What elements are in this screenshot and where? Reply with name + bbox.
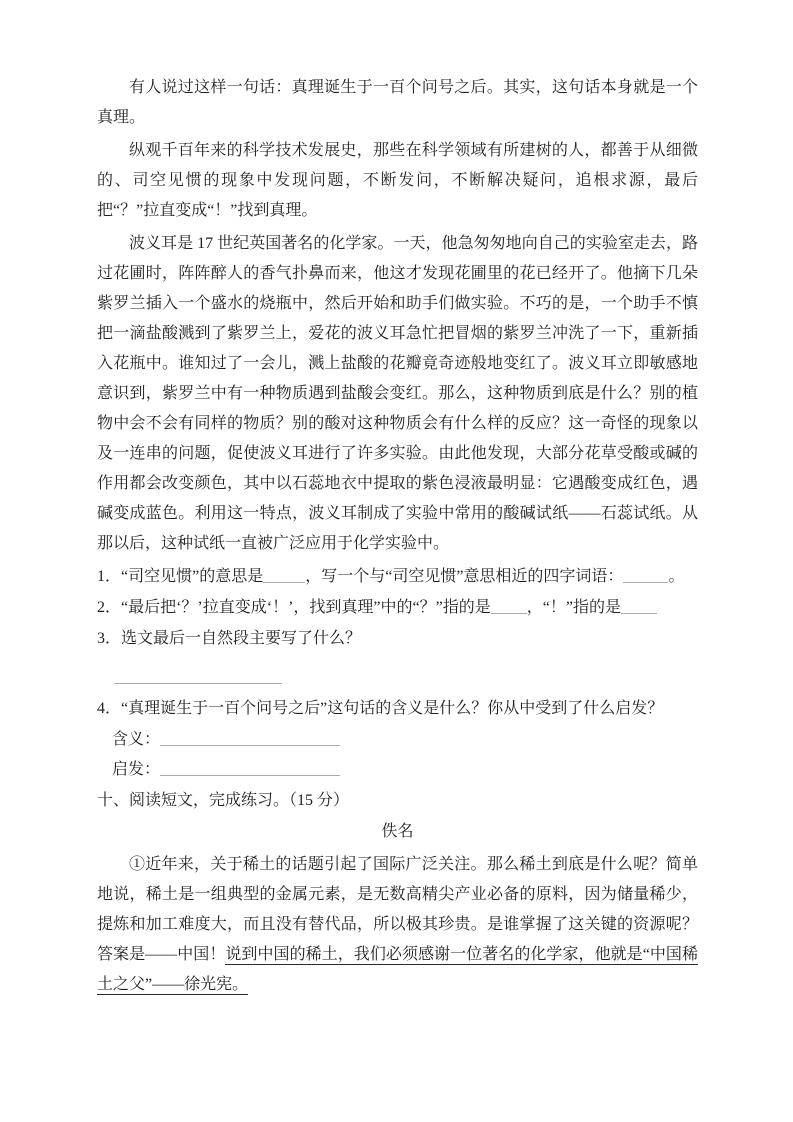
rare-earth-paragraph: ①近年来，关于稀土的话题引起了国际广泛关注。那么稀土到底是什么呢？简单地说，稀土… bbox=[97, 850, 698, 1000]
text-run: 1．“司空见惯”的意思是 bbox=[97, 568, 263, 585]
overview-paragraph: 纵观千百年来的科学技术发展史，那些在科学领域有所建树的人，都善于从细微的、司空见… bbox=[97, 136, 698, 226]
boyle-paragraph: 波义耳是 17 世纪英国著名的化学家。一天，他急匆匆地向自己的实验室走去，路过花… bbox=[97, 229, 698, 559]
text-run: 2．“最后把‘？’拉直变成‘！’，找到真理”中的“？”指的是 bbox=[97, 599, 491, 616]
answer-blank-line bbox=[491, 600, 527, 614]
text-run: 的是 bbox=[589, 599, 621, 616]
answer-blank-line bbox=[114, 670, 282, 684]
text-run: 4．“真理诞生于一百个问号之后”这句话的含义是什么？你从中受到了什么启发？ bbox=[97, 700, 663, 717]
intro-paragraph: 有人说过这样一句话：真理诞生于一百个问号之后。其实，这句话本身就是一个真理。 bbox=[97, 73, 698, 133]
text-run: 十、阅读短文，完成练习。（15 分） bbox=[97, 792, 349, 809]
answer-blank-line bbox=[160, 732, 340, 746]
text-run: 。 bbox=[668, 568, 684, 585]
document-page: 有人说过这样一句话：真理诞生于一百个问号之后。其实，这句话本身就是一个真理。纵观… bbox=[0, 0, 793, 1122]
text-run: 有人说过这样一句话：真理诞生于一百个问号之后。其实，这句话本身就是一个真理。 bbox=[97, 79, 698, 126]
text-run: 佚名 bbox=[381, 823, 413, 840]
text-run: ，写一个与“司空见惯”意思相近的四字词语： bbox=[305, 568, 623, 585]
question-4-inspiration-line: 启发： bbox=[112, 755, 698, 785]
question-4-meaning-line: 含义： bbox=[112, 725, 698, 755]
text-run: 启发： bbox=[112, 761, 160, 778]
document-content: 有人说过这样一句话：真理诞生于一百个问号之后。其实，这句话本身就是一个真理。纵观… bbox=[97, 73, 698, 1000]
answer-blank-line bbox=[623, 569, 668, 583]
question-4: 4．“真理诞生于一百个问号之后”这句话的含义是什么？你从中受到了什么启发？ bbox=[97, 694, 698, 724]
question-1: 1．“司空见惯”的意思是，写一个与“司空见惯”意思相近的四字词语：。 bbox=[97, 562, 698, 592]
answer-blank-line bbox=[160, 762, 340, 776]
author-line: 佚名 bbox=[97, 817, 698, 847]
text-run: 3．选文最后一自然段主要写了什么？ bbox=[97, 630, 361, 647]
answer-blank-line bbox=[263, 569, 305, 583]
text-run: 含义： bbox=[112, 731, 160, 748]
question-3: 3．选文最后一自然段主要写了什么？ bbox=[97, 624, 698, 654]
section-ten-heading: 十、阅读短文，完成练习。（15 分） bbox=[97, 786, 698, 816]
text-run: ，“！”指 bbox=[527, 599, 589, 616]
question-3-answer-line bbox=[114, 663, 698, 693]
question-2: 2．“最后把‘？’拉直变成‘！’，找到真理”中的“？”指的是，“！”指的是 bbox=[97, 593, 698, 623]
text-run: 波义耳是 17 世纪英国著名的化学家。一天，他急匆匆地向自己的实验室走去，路过花… bbox=[97, 235, 698, 552]
answer-blank-line bbox=[621, 600, 657, 614]
text-run: 纵观千百年来的科学技术发展史，那些在科学领域有所建树的人，都善于从细微的、司空见… bbox=[97, 142, 698, 219]
